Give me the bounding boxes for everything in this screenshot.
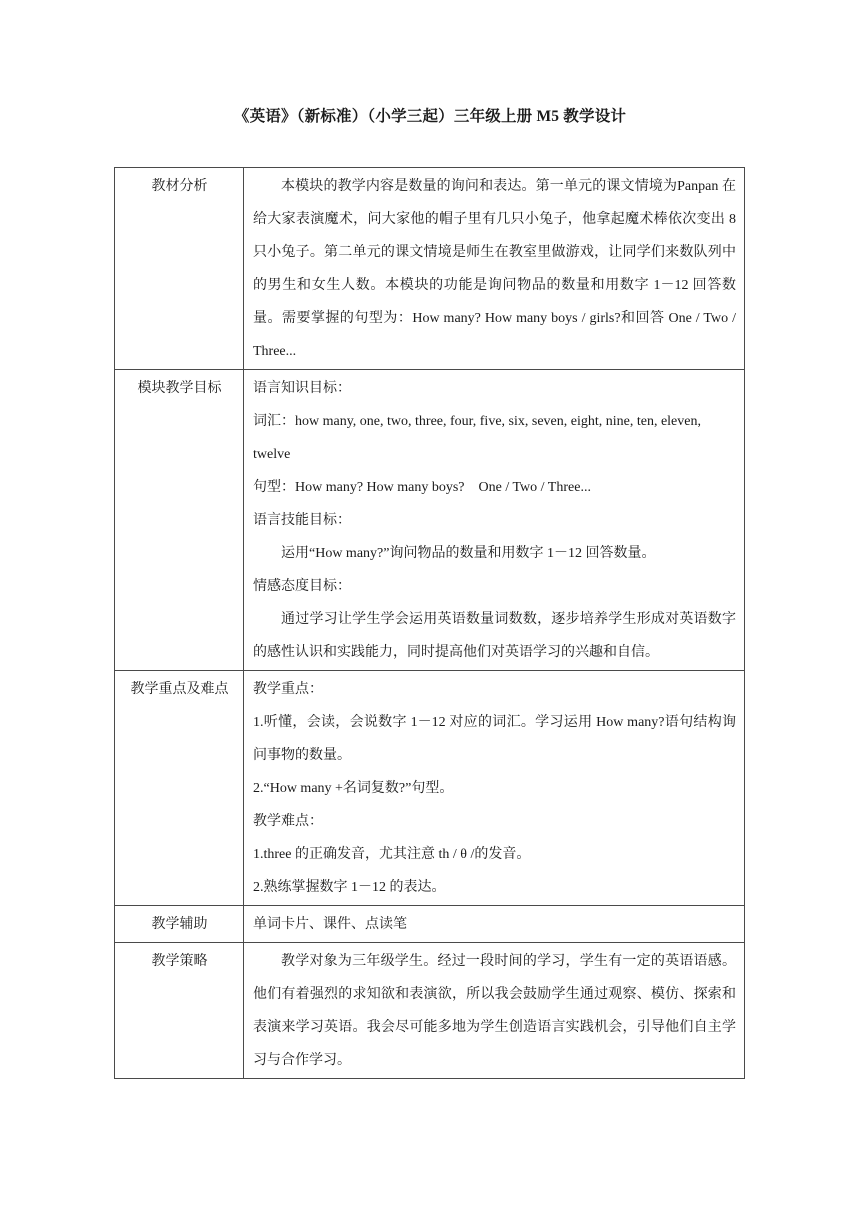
paragraph: 运用“How many?”询问物品的数量和用数字 1－12 回答数量。 [253, 537, 736, 570]
row-label: 教材分析 [115, 168, 244, 370]
row-label: 教学策略 [115, 943, 244, 1079]
paragraph: 句型：How many? How many boys? One / Two / … [253, 471, 736, 504]
paragraph: 语言知识目标： [253, 372, 736, 405]
paragraph: 2.“How many +名词复数?”句型。 [253, 772, 736, 805]
paragraph: 教学重点： [253, 673, 736, 706]
table-row-module-goals: 模块教学目标 语言知识目标： 词汇：how many, one, two, th… [115, 370, 745, 671]
lesson-plan-table: 教材分析 本模块的教学内容是数量的询问和表达。第一单元的课文情境为Panpan … [114, 167, 745, 1079]
paragraph: 单词卡片、课件、点读笔 [253, 908, 736, 941]
row-label: 教学重点及难点 [115, 671, 244, 906]
paragraph: 1.three 的正确发音，尤其注意 th / θ /的发音。 [253, 838, 736, 871]
row-content: 语言知识目标： 词汇：how many, one, two, three, fo… [244, 370, 745, 671]
row-content: 教学对象为三年级学生。经过一段时间的学习，学生有一定的英语语感。他们有着强烈的求… [244, 943, 745, 1079]
table-row-teaching-aids: 教学辅助 单词卡片、课件、点读笔 [115, 906, 745, 943]
row-content: 本模块的教学内容是数量的询问和表达。第一单元的课文情境为Panpan 在给大家表… [244, 168, 745, 370]
row-label: 教学辅助 [115, 906, 244, 943]
row-content: 单词卡片、课件、点读笔 [244, 906, 745, 943]
paragraph: 语言技能目标： [253, 504, 736, 537]
paragraph: 本模块的教学内容是数量的询问和表达。第一单元的课文情境为Panpan 在给大家表… [253, 170, 736, 368]
document-title: 《英语》（新标准）（小学三起）三年级上册 M5 教学设计 [0, 104, 860, 126]
paragraph: 通过学习让学生学会运用英语数量词数数，逐步培养学生形成对英语数字的感性认识和实践… [253, 603, 736, 669]
table-row-material-analysis: 教材分析 本模块的教学内容是数量的询问和表达。第一单元的课文情境为Panpan … [115, 168, 745, 370]
paragraph: 教学难点： [253, 805, 736, 838]
table-row-key-points: 教学重点及难点 教学重点： 1.听懂，会读，会说数字 1－12 对应的词汇。学习… [115, 671, 745, 906]
paragraph: 教学对象为三年级学生。经过一段时间的学习，学生有一定的英语语感。他们有着强烈的求… [253, 945, 736, 1077]
row-label: 模块教学目标 [115, 370, 244, 671]
paragraph: 1.听懂，会读，会说数字 1－12 对应的词汇。学习运用 How many?语句… [253, 706, 736, 772]
table-row-teaching-strategy: 教学策略 教学对象为三年级学生。经过一段时间的学习，学生有一定的英语语感。他们有… [115, 943, 745, 1079]
row-content: 教学重点： 1.听懂，会读，会说数字 1－12 对应的词汇。学习运用 How m… [244, 671, 745, 906]
paragraph: 2.熟练掌握数字 1－12 的表达。 [253, 871, 736, 904]
paragraph: 情感态度目标： [253, 570, 736, 603]
paragraph: 词汇：how many, one, two, three, four, five… [253, 405, 736, 471]
